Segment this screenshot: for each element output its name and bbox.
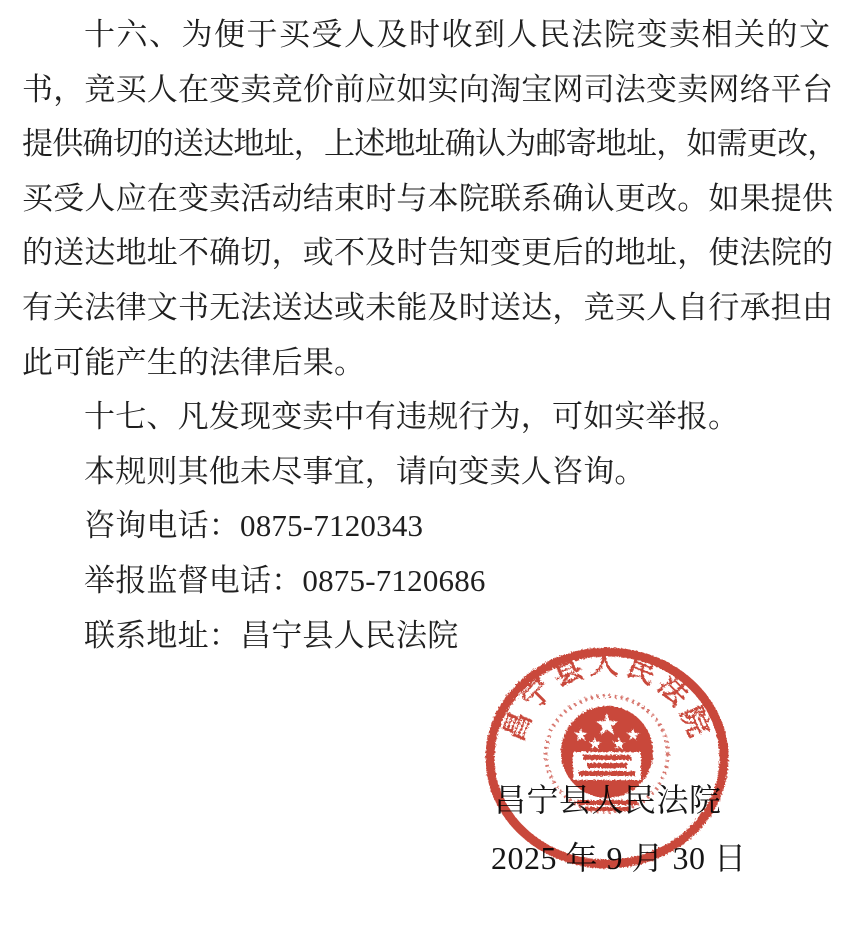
- signature-court-name: 昌宁县人民法院: [494, 781, 722, 819]
- text-line: 有关法律文书无法送达或未能及时送达，竞买人自行承担由: [22, 281, 854, 336]
- seal-outer-ring: [490, 652, 724, 864]
- text-line: 此可能产生的法律后果。: [22, 336, 854, 391]
- text-line: 十七、凡发现变卖中有违规行为，可如实举报。: [22, 390, 854, 445]
- signature-date: 2025 年 9 月 30 日: [491, 839, 747, 877]
- document-body: 十六、为便于买受人及时收到人民法院变卖相关的文书，竞买人在变卖竞价前应如实向淘宝…: [0, 0, 854, 663]
- text-line: 提供确切的送达地址，上述地址确认为邮寄地址，如需更改，: [22, 117, 854, 172]
- text-line: 咨询电话：0875-7120343: [22, 499, 854, 554]
- text-line: 十六、为便于买受人及时收到人民法院变卖相关的文: [22, 8, 854, 63]
- text-line: 举报监督电话：0875-7120686: [22, 554, 854, 609]
- court-document-page: 十六、为便于买受人及时收到人民法院变卖相关的文书，竞买人在变卖竞价前应如实向淘宝…: [0, 0, 854, 934]
- text-line: 书，竞买人在变卖竞价前应如实向淘宝网司法变卖网络平台: [22, 63, 854, 118]
- text-line: 的送达地址不确切，或不及时告知变更后的地址，使法院的: [22, 226, 854, 281]
- text-line: 买受人应在变卖活动结束时与本院联系确认更改。如果提供: [22, 172, 854, 227]
- text-line: 本规则其他未尽事宜，请向变卖人咨询。: [22, 445, 854, 500]
- text-line: 联系地址：昌宁县人民法院: [22, 609, 854, 664]
